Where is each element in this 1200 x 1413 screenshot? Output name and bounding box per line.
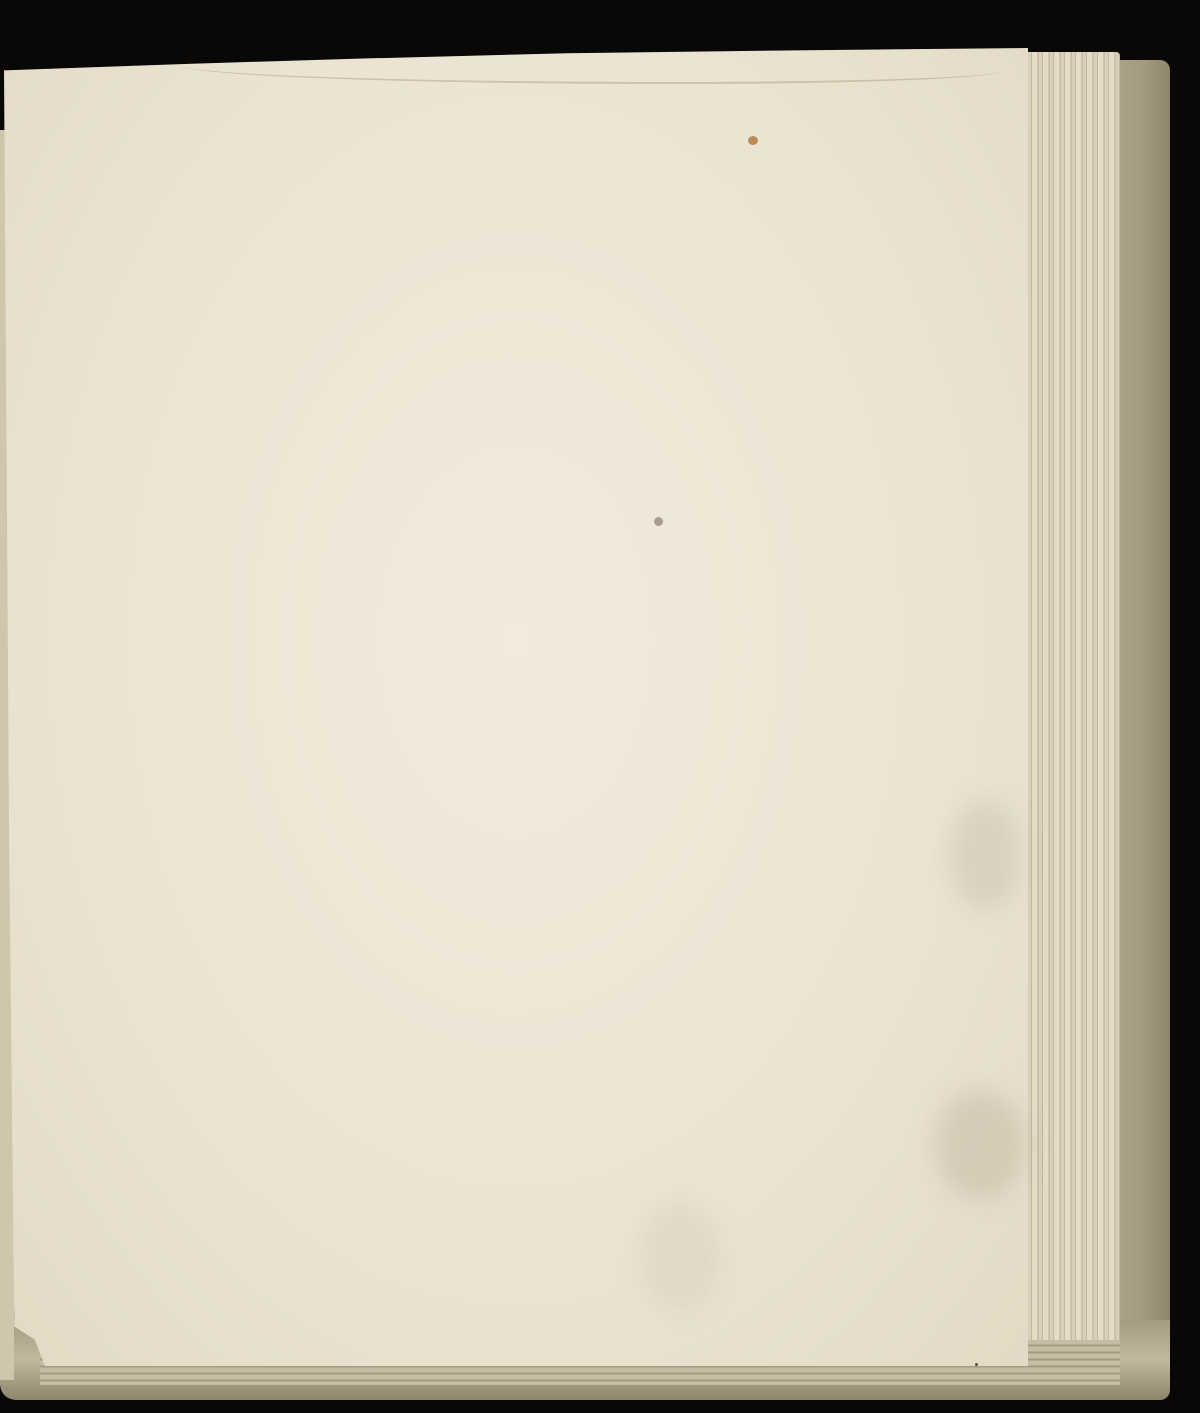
smudge xyxy=(935,1090,1025,1200)
foxing-spot xyxy=(975,1363,978,1366)
blank-page xyxy=(4,48,1028,1366)
foxing-spot xyxy=(748,136,758,145)
smudge xyxy=(950,800,1020,910)
smudge xyxy=(640,1200,720,1310)
foxing-spot xyxy=(654,517,663,526)
